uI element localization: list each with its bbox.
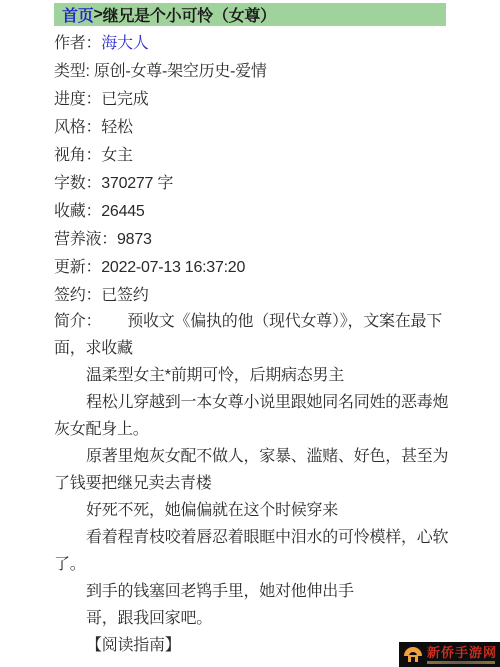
info-label: 进度： [54,91,101,108]
breadcrumb-separator: > [94,6,103,24]
info-label: 类型: [54,63,94,80]
synopsis-lead: 简介：预收文《偏执的他（现代女尊）》，文案在最下面，求收藏 [54,308,452,362]
synopsis-paragraph: 哥，跟我回家吧。 [54,605,452,632]
synopsis-paragraph: 程松儿穿越到一本女尊小说里跟她同名同姓的恶毒炮灰女配身上。 [54,389,452,443]
info-value: 原创-女尊-架空历史-爱情 [94,63,267,80]
synopsis-paragraph: 原著里炮灰女配不做人，家暴、滥赌、好色，甚至为了钱要把继兄卖去青楼 [54,443,452,497]
info-label: 签约： [54,287,101,304]
house-icon [404,646,423,663]
synopsis-section: 简介：预收文《偏执的他（现代女尊）》，文案在最下面，求收藏 温柔型女主*前期可怜… [54,308,452,659]
info-row: 字数：370277 字 [54,170,452,198]
info-label: 更新： [54,259,101,276]
page-title: 继兄是个小可怜（女尊） [103,3,276,26]
synopsis-paragraph: 到手的钱塞回老鸨手里，她对他伸出手 [54,578,452,605]
info-value: 370277 字 [101,175,173,192]
synopsis-label: 简介： [54,313,101,330]
info-label: 收藏： [54,203,101,220]
info-row: 收藏：26445 [54,198,452,226]
info-label: 字数： [54,175,101,192]
author-link[interactable]: 海大人 [101,35,148,52]
info-label: 视角： [54,147,101,164]
info-value: 26445 [101,203,144,220]
synopsis-paragraph: 好死不死，她偏偏就在这个时候穿来 [54,497,452,524]
synopsis-paragraph: 看着程青枝咬着唇忍着眼眶中泪水的可怜模样，心软了。 [54,524,452,578]
info-label: 风格： [54,119,101,136]
info-label: 作者： [54,35,101,52]
info-row: 签约：已签约 [54,282,452,310]
info-value: 已签约 [101,287,148,304]
breadcrumb: 首页>继兄是个小可怜（女尊） [54,3,446,26]
info-value: 9873 [117,231,152,248]
info-value: 已完成 [101,91,148,108]
info-label: 营养液： [54,231,117,248]
watermark-tagline-strip [427,661,495,664]
info-row: 视角：女主 [54,142,452,170]
info-row: 作者：海大人 [54,30,452,58]
info-list: 作者：海大人类型: 原创-女尊-架空历史-爱情进度：已完成风格：轻松视角：女主字… [54,30,452,310]
info-row: 营养液：9873 [54,226,452,254]
novel-detail-page: 首页>继兄是个小可怜（女尊） 作者：海大人类型: 原创-女尊-架空历史-爱情进度… [0,0,500,667]
synopsis-paragraph: 【阅读指南】 [54,632,452,659]
watermark-stamp: 新侨手游网 [399,642,500,667]
watermark-site-name: 新侨手游网 [427,646,497,660]
info-value: 轻松 [101,119,133,136]
info-row: 更新：2022-07-13 16:37:20 [54,254,452,282]
synopsis-paragraph: 温柔型女主*前期可怜，后期病态男主 [54,362,452,389]
synopsis-paragraphs: 温柔型女主*前期可怜，后期病态男主程松儿穿越到一本女尊小说里跟她同名同姓的恶毒炮… [54,362,452,659]
breadcrumb-home-link[interactable]: 首页 [62,3,94,26]
info-row: 进度：已完成 [54,86,452,114]
info-value: 2022-07-13 16:37:20 [101,259,245,276]
info-row: 风格：轻松 [54,114,452,142]
synopsis-lead-text: 预收文《偏执的他（现代女尊）》，文案在最下面，求收藏 [54,313,442,357]
info-value: 女主 [101,147,133,164]
info-row: 类型: 原创-女尊-架空历史-爱情 [54,58,452,86]
